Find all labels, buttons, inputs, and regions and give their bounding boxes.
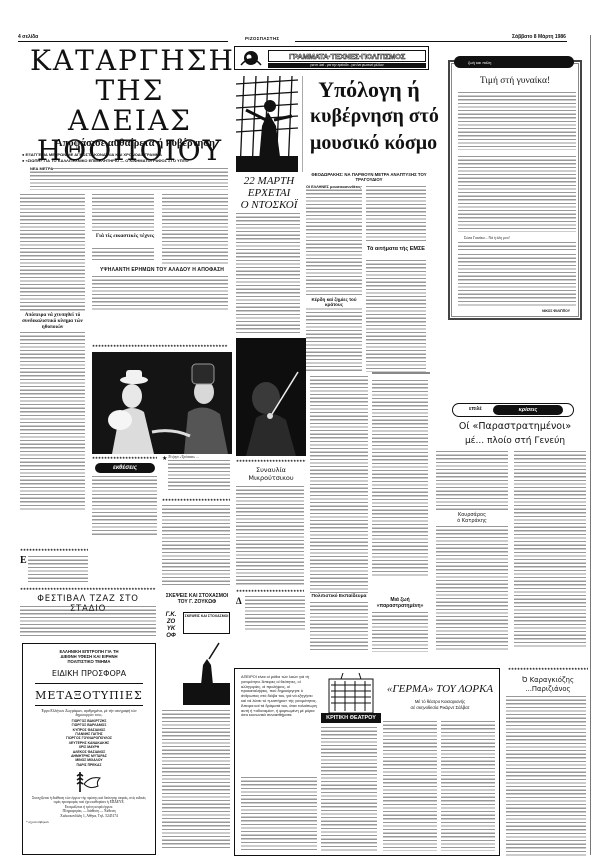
critique-col-2 bbox=[514, 451, 586, 649]
ad-box: ΕΛΛΗΝΙΚΗ ΕΠΙΤΡΟΠΗ ΓΙΑ ΤΗ ΔΙΕΘΝΗ ΥΦΕΣΗ ΚΑ… bbox=[22, 643, 156, 855]
main-subhead: Αποφάσισε αυθαίρετα ή κυβέρνηση bbox=[40, 138, 230, 149]
lead-paragraph bbox=[30, 168, 228, 190]
zoukof-review-text bbox=[162, 710, 230, 850]
dosko-text bbox=[236, 213, 300, 335]
ad-offer: ΕΙΔΙΚΗ ΠΡΟΣΦΟΡΑ bbox=[23, 669, 155, 678]
subhead-paras: Μιά ζωή «παραστρατημένη» bbox=[372, 598, 428, 609]
paragraph-text bbox=[245, 596, 305, 630]
section-ekthesi: εκθέσεις bbox=[95, 463, 155, 473]
ad-org: ΕΛΛΗΝΙΚΗ ΕΠΙΤΡΟΠΗ ΓΙΑ ΤΗ ΔΙΕΘΝΗ ΥΦΕΣΗ ΚΑ… bbox=[23, 649, 155, 664]
lorca-intro: ΑΠΕΙΡΟΙ είναι οί μύθοι τών λαών γιά τή γ… bbox=[241, 675, 317, 775]
hypanti-text bbox=[92, 276, 228, 312]
lorca-subtitle: Μέ τό θέατρο Καισαριανής σέ σκηνοθεσία Ρ… bbox=[381, 699, 499, 710]
culture-col-4 bbox=[372, 380, 428, 576]
banner-title: ΓΡΑΜΜΑΤΑ·ΤΕΧΝΕΣ·ΠΟΛΙΤΙΣΜΟΣ bbox=[268, 50, 426, 62]
star-icon: ★ bbox=[162, 455, 167, 462]
critique-title-2: μέ... πλοίο στή Γενεύη bbox=[440, 436, 590, 446]
culture-col-3 bbox=[310, 376, 368, 596]
drop-cap-d: Δ bbox=[236, 596, 242, 606]
lead-start: ΝΕΑ ΜΕΤΡΑ bbox=[30, 166, 53, 171]
synaulia-title: Συναυλία Μικρούτσικου bbox=[236, 466, 306, 482]
critique-col-1b bbox=[436, 526, 508, 652]
paper-name: ΡΙΖΟΣΠΑΣΤΗΣ bbox=[245, 36, 279, 41]
article-column-2 bbox=[92, 194, 154, 232]
union-text bbox=[20, 332, 85, 512]
divider-stars-6: ★★★★★★★★★★★★★★★★★★★★★★★★★★★★★★★★★★★★★★★★… bbox=[236, 458, 306, 464]
article-column-2b bbox=[92, 248, 154, 262]
ad-intro: Έργα Ελλήνων Ζωγράφων, αριθμημένα, μέ τή… bbox=[23, 709, 155, 718]
exhibition-text bbox=[28, 556, 88, 582]
column-signature: ΝΙΚΟΣ ΦΙΛΙΠΠΟΥ bbox=[542, 309, 570, 313]
banner-subtitle: για το λαό - για την πρόοδο - για ένα φω… bbox=[268, 63, 426, 68]
divider-stars-2: ★★★★★★★★★★★★★★★★★★★★★★★★★★★★★★★★★★★★★★★★… bbox=[92, 455, 157, 461]
bullet-2: ● «ΣΙΩΠΗ» ΓΙΑ ΤΟ ΚΑΛΛΙΤΕΧΝΙΚΟ ΕΠΙΜΕΛΗΤΗΡ… bbox=[22, 158, 189, 164]
banner-head-icon bbox=[237, 49, 265, 67]
subhead-hypanti: ΥΨΗΛΑΝΤΗ ΕΡΗΜΩΝ ΤΟΥ ΑΛΑΔΟΥ Η ΑΠΟΦΑΣΗ bbox=[100, 267, 224, 273]
article-column-3 bbox=[162, 194, 228, 264]
divider-stars-7: ★★★★★★★★★★★★★★★★★★★★★★★★★★★★★★★★★★★★★★★★… bbox=[236, 588, 304, 594]
culture-col-3b bbox=[310, 602, 368, 650]
theatre-news-text bbox=[162, 505, 230, 585]
lorca-review-box: ΑΠΕΙΡΟΙ είναι οί μύθοι τών λαών γιά τή γ… bbox=[234, 668, 500, 856]
issue-date: Σάββατο 8 Μάρτη 1986 bbox=[512, 34, 566, 40]
photo-dancer bbox=[236, 76, 298, 172]
theatre-illustration: ΚΡΙΤΙΚΗ ΘΕΑΤΡΟΥ bbox=[321, 673, 381, 725]
bullet-list: ● ΕΞΑΓΓΕΛΙΑ ΜΕΤΡΩΝ ΜΕ ΑΓΝΩΣΤΑ ΚΟΝΔΥΛΙΑ Κ… bbox=[22, 152, 189, 164]
culture-col-1 bbox=[306, 186, 362, 372]
book-cover-title: ΣΚΕΨΕΙΣ ΚΑΙ ΣΤΟΧΑΣΜΟΙ bbox=[183, 612, 230, 634]
book-cover-image bbox=[183, 635, 230, 705]
subhead-union: Απόπειρα νά χτυπηθεί τό συνδικαλιστικό κ… bbox=[20, 312, 85, 330]
lorca-title: «ΓΕΡΜΑ» ΤΟΥ ΛΟΡΚΑ bbox=[381, 683, 499, 695]
divider-stars-4: ★★★★★★★★★★★★★★★★★★★★★★★★★★★★★★★★★★★★★★★★… bbox=[20, 547, 88, 553]
subhead-demands: Τά αιτήματα τής ΕΜΣΕ bbox=[366, 246, 426, 252]
festival-text bbox=[20, 606, 156, 636]
article-column-1 bbox=[20, 194, 85, 312]
culture-kicker: ΘΕΟΔΩΡΑΚΗΣ: ΝΑ ΠΑΡΘΟΥΝ ΜΕΤΡΑ ΑΝΑΠΤΥΞΗΣ Τ… bbox=[310, 172, 428, 182]
critique-section-tab: επιλέ κρίσεις bbox=[452, 403, 574, 417]
column-section-label: ζωή και πόλη bbox=[454, 56, 574, 68]
column-box: ζωή και πόλη Τιμή στή γυναίκα! Σώπα Γιαν… bbox=[448, 60, 582, 320]
dosko-title: 22 ΜΑΡΤΗ ΕΡΧΕΤΑΙ Ο ΝΤΟΣΚΟΪ bbox=[238, 175, 300, 211]
divider-stars-8: ★★★★★★★★★★★★★★★★★★★★★★★★★★★★★★★★★★★★★★★★… bbox=[508, 666, 588, 672]
critique-col-1 bbox=[436, 451, 508, 511]
subhead-arts: Γιά τίς εικαστικές τέχνες bbox=[95, 233, 155, 239]
subhead-state: Κέρδη καί ζημίες τού κράτους bbox=[306, 297, 362, 308]
photo-caption: Τό έργο «Τρόπαια» ... bbox=[168, 455, 230, 495]
critique-label-left: επιλέ bbox=[469, 406, 482, 412]
photo-actresses bbox=[92, 352, 232, 454]
artist-list: ΓΙΩΡΓΟΣ ΒΑΚΙΡΤΖΗΣ ΓΙΩΡΓΟΣ ΒΑΡΛΑΜΟΣ ΚΥΠΡΟ… bbox=[23, 719, 155, 767]
column-quote: Σώπα Γιανάκο... Νά ή άλη μου! bbox=[464, 236, 510, 240]
karagiozis-text bbox=[506, 696, 586, 856]
ad-note: * αξιοποιήθηκαν bbox=[23, 820, 155, 824]
book-spine: Γ.Κ. ΖΟΥΚΟΦ bbox=[165, 612, 177, 640]
body-start: ΟΙ ΕΛΛΗΝΕΣ μουσικοσυνθέτες bbox=[306, 185, 361, 189]
culture-headline: Υπόλογη ή κυβέρνηση στό μουσικό κόσμο bbox=[310, 76, 428, 157]
critique-label-right: κρίσεις bbox=[493, 405, 563, 415]
ad-footer-1: Συνεχίζεται ή διάθεση τών έργων τής πρώτ… bbox=[23, 796, 155, 804]
subhead-cultural: Πολιτιστικό Εκπαίδευμα bbox=[309, 594, 369, 599]
culture-col-4b bbox=[372, 612, 428, 652]
divider-stars-5: ★★★★★★★★★★★★★★★★★★★★★★★★★★★★★★★★★★★★★★★★… bbox=[20, 586, 156, 592]
divider-stars: ★★★★★★★★★★★★★★★★★★★★★★★★★★★★★★★★★★★★★★★★… bbox=[92, 343, 228, 349]
ad-title: ΜΕΤΑΞΟΤΥΠΙΕΣ bbox=[23, 689, 155, 702]
critique-title-1: Οί «Παραστρατημένοι» bbox=[440, 421, 590, 432]
zoukof-title: ΣΚΕΨΕΙΣ ΚΑΙ ΣΤΟΧΑΣΜΟΙ ΤΟΥ Γ. ΖΟΥΚΩΦ bbox=[162, 593, 232, 605]
karagiozis-title: Ό Καραγκιόζης ...Παριζιάνος bbox=[506, 676, 590, 693]
page-number: 4 σελίδα bbox=[18, 34, 38, 40]
critique-subhead: Κουρσάρος ό Κατράκης bbox=[436, 512, 508, 524]
exhibitions-text bbox=[92, 476, 157, 536]
drop-cap-e: Ε bbox=[20, 555, 27, 566]
culture-col-2 bbox=[366, 186, 426, 242]
dove-wheat-icon bbox=[23, 770, 155, 794]
synaulia-text bbox=[236, 486, 304, 586]
photo-conductor bbox=[236, 338, 306, 456]
culture-col-2b bbox=[366, 260, 426, 372]
theatre-critique-badge: ΚΡΙΤΙΚΗ ΘΕΑΤΡΟΥ bbox=[321, 713, 381, 723]
divider-stars-3: ★★★★★★★★★★★★★★★★★★★★★★★★★★★★★★★★★★★★★★★★… bbox=[162, 497, 230, 503]
culture-banner: ΓΡΑΜΜΑΤΑ·ΤΕΧΝΕΣ·ΠΟΛΙΤΙΣΜΟΣ για το λαό - … bbox=[234, 46, 429, 70]
ad-address: Χαλκοκονδύλη 1, Αθήνα, Τηλ. 5245174 bbox=[23, 814, 155, 819]
column-title: Τιμή στή γυναίκα! bbox=[450, 76, 580, 86]
